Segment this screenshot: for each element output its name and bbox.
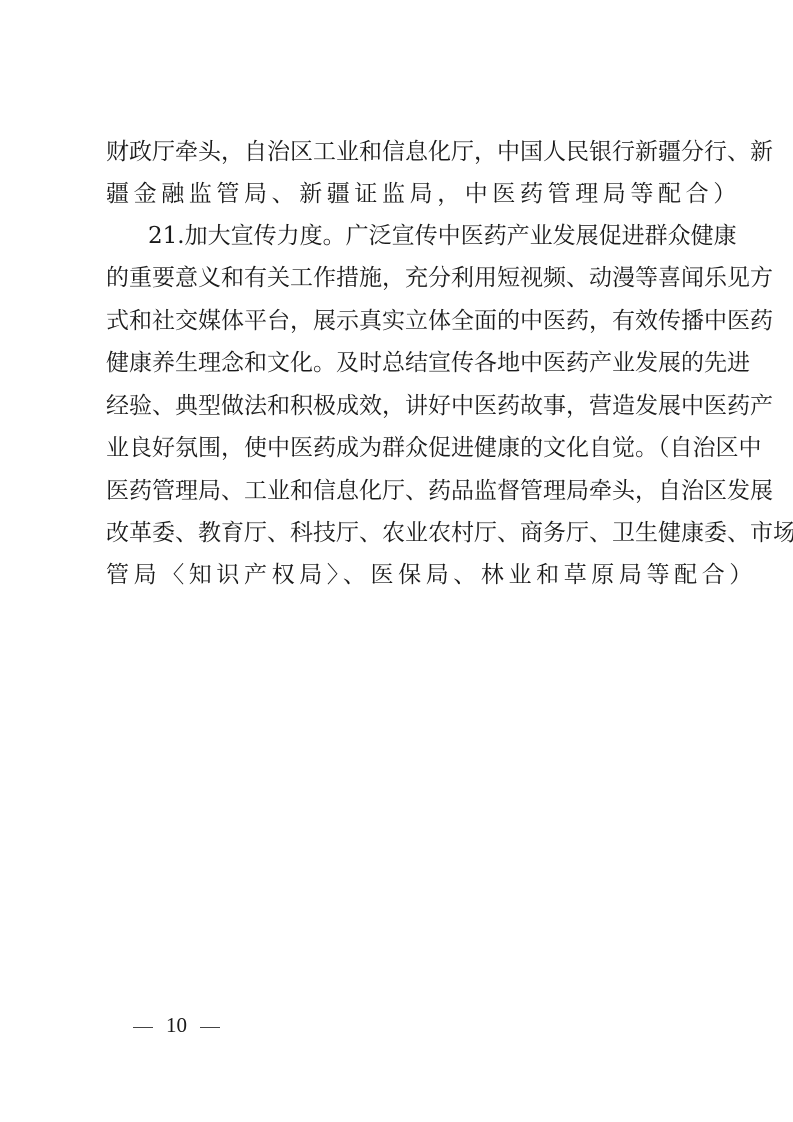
paragraph-line: 业良好氛围，使中医药成为群众促进健康的文化自觉。（自治区中 xyxy=(106,433,690,463)
paragraph-line: 经验、典型做法和积极成效，讲好中医药故事，营造发展中医药产 xyxy=(106,391,690,421)
dash-right xyxy=(200,1027,220,1028)
paragraph-line: 改革委、教育厅、科技厅、农业农村厅、商务厅、卫生健康委、市场监 xyxy=(106,518,690,548)
dash-left xyxy=(133,1027,153,1028)
paragraph-line: 的重要意义和有关工作措施，充分利用短视频、动漫等喜闻乐见方 xyxy=(106,263,690,293)
page-footer: 10 xyxy=(112,986,220,1064)
paragraph-line: 疆金融监管局、新疆证监局，中医药管理局等配合） xyxy=(106,179,690,209)
paragraph-line: 医药管理局、工业和信息化厅、药品监督管理局牵头，自治区发展 xyxy=(106,476,690,506)
section-21-heading-line: 21.加大宣传力度。广泛宣传中医药产业发展促进群众健康 xyxy=(148,221,690,251)
paragraph-line: 管局〈知识产权局〉、医保局、林业和草原局等配合） xyxy=(106,560,690,590)
paragraph-line: 式和社交媒体平台，展示真实立体全面的中医药，有效传播中医药 xyxy=(106,306,690,336)
page-number: 10 xyxy=(166,1012,187,1038)
document-page: 财政厅牵头，自治区工业和信息化厅，中国人民银行新疆分行、新 疆金融监管局、新疆证… xyxy=(0,0,793,1122)
paragraph-line: 财政厅牵头，自治区工业和信息化厅，中国人民银行新疆分行、新 xyxy=(106,137,690,167)
paragraph-line: 健康养生理念和文化。及时总结宣传各地中医药产业发展的先进 xyxy=(106,348,690,378)
